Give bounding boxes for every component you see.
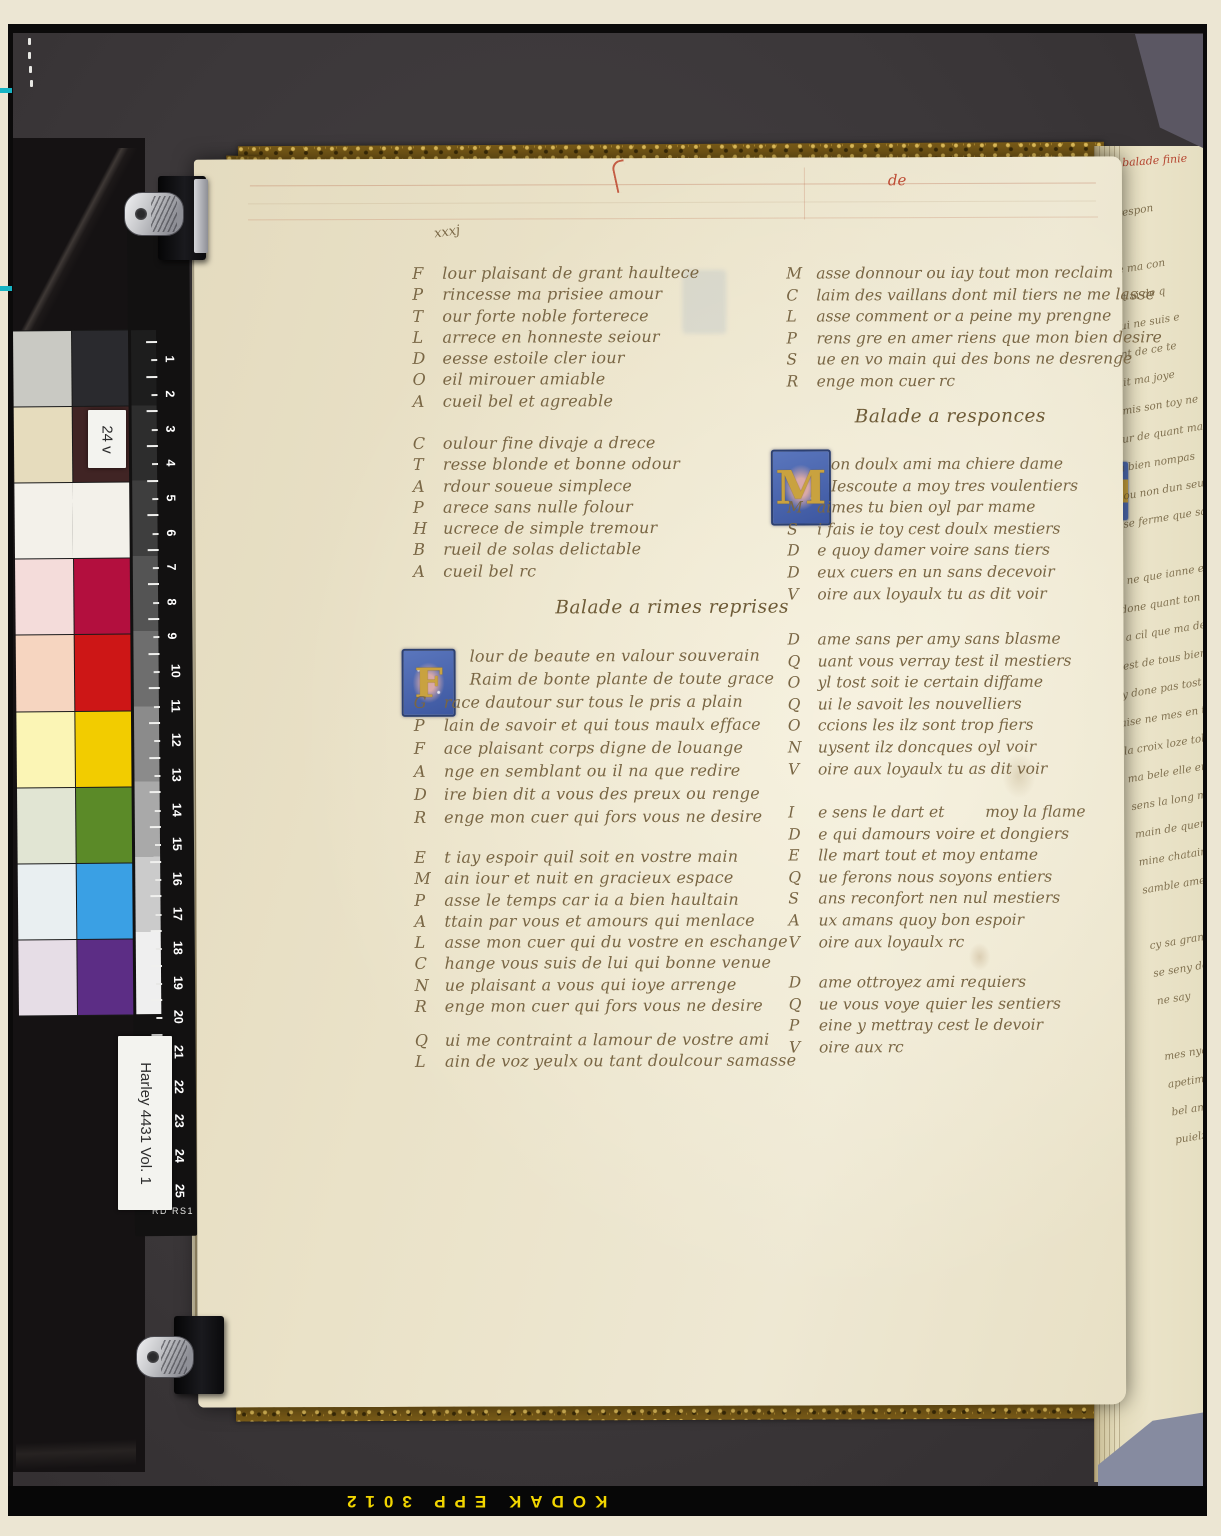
- verse-text: ain iour et nuit en gracieux espace: [444, 868, 733, 888]
- ruler-number-cell: 11: [161, 688, 191, 723]
- ruler-number: 2: [163, 390, 177, 397]
- verse-line: Occions les ilz sont trop fiers: [788, 715, 1072, 738]
- verse-line: Ie sens le dart et moy la flame: [788, 802, 1085, 825]
- verse-initial: A: [788, 910, 818, 932]
- verse-initial: D: [787, 541, 817, 563]
- verse-line: Tour forte noble forterece: [412, 304, 699, 326]
- verse-line: Que ferons nous soyons entiers: [788, 866, 1085, 889]
- verse-initial: L: [415, 932, 445, 953]
- verse-line: Iescoute a moy tres voulentiers: [831, 475, 1078, 497]
- photograph-stage: balade finie A dire vous responMon estim…: [0, 0, 1221, 1536]
- verse-line: Renge mon cuer qui fors vous ne desire: [414, 805, 775, 829]
- stanza: Masse donnour ou iay tout mon reclaimCla…: [786, 262, 1162, 393]
- verse-line: Voire aux rc: [789, 1036, 1061, 1059]
- verse-line: Brueil de solas delictable: [413, 538, 680, 560]
- verse-initial: C: [415, 953, 445, 974]
- ruler-number: 22: [172, 1080, 186, 1094]
- verse-initial: P: [414, 889, 444, 910]
- ruler-number: 3: [163, 425, 177, 432]
- verse-initial: V: [787, 584, 817, 606]
- color-checker-row: [17, 787, 135, 864]
- stanza-envoy: Qui me contraint a lamour de vostre amiL…: [415, 1029, 797, 1073]
- ruler-number-cell: 9: [160, 619, 190, 654]
- verse-line: Plain de savoir et qui tous maulx efface: [414, 713, 775, 737]
- verse-line: Qui me contraint a lamour de vostre ami: [415, 1029, 796, 1052]
- manuscript-page-24v: de xxxj Flour plaisant de grant haultece…: [194, 156, 1126, 1407]
- film-mark: [30, 80, 33, 87]
- verse-line: Ardour soueue simplece: [413, 475, 680, 497]
- verse-text: resse blonde et bonne odour: [443, 454, 680, 474]
- ruler-number: 10: [169, 664, 183, 678]
- page-clamp-bottom: [136, 1336, 194, 1378]
- verse-text: ain de voz yeulx ou tant doulcour samass…: [445, 1051, 796, 1071]
- verse-text: oulour fine divaje a drece: [443, 433, 656, 453]
- verse-initial: M: [786, 263, 816, 285]
- verse-initial: I: [788, 802, 818, 824]
- ruled-line: [248, 216, 1098, 220]
- ruler-number: 12: [169, 733, 183, 747]
- verse-initial: O: [788, 673, 818, 695]
- verse-text: oire aux loyaulx tu as dit voir: [818, 759, 1047, 778]
- verse-text: eil mirouer amiable: [443, 370, 606, 390]
- color-patch-vivid: [75, 635, 134, 711]
- verse-line: Passe le temps car ia a bien haultain: [414, 888, 787, 911]
- color-patch-vivid: [74, 559, 133, 635]
- verse-text: asse le temps car ia a bien haultain: [444, 889, 739, 909]
- page-clamp-top: [124, 192, 184, 236]
- color-patch-pale: [13, 331, 72, 407]
- film-mark: [29, 66, 32, 73]
- ruler-number-cell: 1: [158, 342, 188, 377]
- recto-red-rubric: balade finie: [1122, 152, 1188, 170]
- ruler-number: 15: [170, 837, 184, 851]
- verse-line: Ange en semblant ou il na que redire: [414, 759, 775, 783]
- verse-line: Dire bien dit a vous des preux ou renge: [414, 782, 775, 806]
- verse-line: Lasse mon cuer qui du vostre en eschange: [415, 931, 788, 954]
- verse-initial: S: [787, 519, 817, 541]
- ruler-number-cell: 18: [163, 931, 193, 966]
- verse-text: ame sans per amy sans blasme: [817, 630, 1060, 649]
- ruler-number-cell: 5: [159, 480, 189, 515]
- verse-text: e quoy damer voire sans tiers: [817, 541, 1050, 560]
- verse-text: e qui damours voire et dongiers: [818, 824, 1069, 843]
- verse-text: ux amans quoy bon espoir: [818, 911, 1024, 930]
- ruler-number-cell: 6: [159, 515, 189, 550]
- verse-line: Change vous suis de lui qui bonne venue: [415, 952, 788, 975]
- verse-text: lour plaisant de grant haultece: [442, 263, 699, 283]
- kodak-edge-text: KODAK EPP 3012: [338, 1491, 607, 1511]
- verse-initial: A: [414, 911, 444, 932]
- verse-text: ui me contraint a lamour de vostre ami: [445, 1030, 770, 1050]
- ruler-number: 11: [168, 699, 182, 712]
- ruler-number: 16: [170, 872, 184, 886]
- verse-initial: V: [788, 759, 818, 781]
- verse-line: Et iay espoir quil soit en vostre main: [414, 846, 787, 869]
- verse-initial: Q: [788, 651, 818, 673]
- verse-text: cueil bel et agreable: [443, 391, 613, 411]
- red-flourish-mark: [611, 159, 630, 193]
- verse-initial: O: [788, 716, 818, 738]
- book-cover-seam: [18, 148, 138, 348]
- verse-text: lle mart tout et moy entame: [818, 846, 1038, 865]
- ruler-number-cell: 13: [161, 757, 191, 792]
- verse-line: Flour plaisant de grant haultece: [412, 262, 699, 284]
- ruler-number: 13: [169, 768, 183, 782]
- ruler-number: 4: [163, 460, 177, 467]
- verse-initial: Q: [415, 1030, 445, 1051]
- verse-text: rueil de solas delictable: [443, 540, 641, 560]
- verse-line: lour de beaute en valour souverain: [470, 644, 775, 668]
- verse-text: hange vous suis de lui qui bonne venue: [445, 953, 772, 973]
- verse-text: oire aux loyaulx rc: [819, 933, 965, 952]
- verse-line: Claim des vaillans dont mil tiers ne me …: [786, 284, 1161, 307]
- color-patch-vivid: [72, 482, 132, 558]
- verse-text: enge mon cuer qui fors vous ne desire: [444, 807, 762, 827]
- verse-text: rens gre en amer riens que mon bien desi…: [816, 328, 1161, 347]
- ruler-number-cell: 14: [162, 792, 192, 827]
- color-patch-vivid: [77, 864, 136, 940]
- verse-line: Renge mon cuer rc: [787, 370, 1162, 393]
- verse-line: De qui damours voire et dongiers: [788, 823, 1085, 846]
- verse-text: arece sans nulle folour: [443, 497, 633, 517]
- color-patch-pale: [16, 635, 75, 711]
- ruler-number: 1: [163, 356, 177, 363]
- verse-text: our forte noble forterece: [442, 306, 648, 326]
- verse-line: Maimes tu bien oyl par mame: [787, 497, 1078, 520]
- verse-line: on doulx ami ma chiere dame: [831, 454, 1078, 476]
- verse-initial: R: [787, 371, 817, 393]
- verse-initial: D: [412, 348, 442, 369]
- verse-text: on doulx ami ma chiere dame: [831, 455, 1063, 474]
- ruler-number: 18: [171, 941, 185, 955]
- ruler-number-cell: 17: [162, 896, 192, 931]
- verse-text: eesse estoile cler iour: [442, 348, 624, 368]
- verse-line: Aux amans quoy bon espoir: [788, 909, 1085, 932]
- verse-line: Parece sans nulle folour: [413, 496, 680, 518]
- film-mark-cyan: [0, 88, 12, 93]
- film-mark-cyan: [0, 286, 12, 291]
- ruler-number-cell: 2: [158, 376, 188, 411]
- stanza: Coulour fine divaje a dreceTresse blonde…: [413, 432, 681, 582]
- color-patch-pale: [16, 712, 75, 788]
- page-clip-top-strip: [194, 179, 208, 253]
- verse-line: Nue plaisant a vous qui ioye arrenge: [415, 973, 788, 996]
- color-checker-row: [16, 711, 134, 788]
- verse-initial: D: [787, 562, 817, 584]
- color-patch-vivid: [72, 330, 131, 406]
- verse-line: Tresse blonde et bonne odour: [413, 453, 680, 475]
- verse-initial: P: [786, 328, 816, 350]
- ruler-number-cell: 10: [161, 654, 191, 689]
- ruler-number: 19: [171, 976, 185, 990]
- film-edge-strip: KODAK EPP 3012: [8, 1486, 1207, 1516]
- ruler-number: 9: [165, 633, 179, 640]
- verse-initial: N: [415, 975, 445, 996]
- verse-text: eux cuers en un sans decevoir: [817, 563, 1054, 582]
- verse-text: cueil bel rc: [443, 561, 536, 580]
- verse-initial: M: [414, 868, 444, 889]
- verse-text: ans reconfort nen nul mestiers: [818, 889, 1060, 908]
- color-patch-vivid: [75, 711, 134, 787]
- verse-text: ui le savoit les nouvelliers: [818, 695, 1022, 714]
- verse-line: De quoy damer voire sans tiers: [787, 540, 1078, 563]
- ruler-number-cell: 4: [159, 446, 189, 481]
- verse-initial: L: [786, 307, 816, 329]
- ruler-number: 8: [165, 598, 179, 605]
- ruler-number: 7: [164, 564, 178, 571]
- verse-line: Face plaisant corps digne de louange: [414, 736, 775, 760]
- shelfmark-label: Harley 4431 Vol. 1: [118, 1036, 172, 1210]
- verse-text: ue plaisant a vous qui ioye arrenge: [445, 975, 737, 995]
- ruler-number: 23: [172, 1114, 186, 1128]
- verse-line: Acueil bel et agreable: [413, 390, 700, 412]
- verse-text: arrece en honneste seiour: [442, 327, 659, 347]
- stanza: on doulx ami ma chiere dameIescoute a mo…: [787, 454, 1079, 606]
- verse-line: Grace dautour sur tous le pris a plain: [414, 690, 775, 714]
- verse-text: asse comment or a peine my prengne: [816, 307, 1111, 326]
- verse-initial: P: [413, 497, 443, 518]
- color-checker-row: [15, 558, 133, 635]
- ruled-line-vertical: [804, 167, 805, 219]
- verse-line: Main iour et nuit en gracieux espace: [414, 867, 787, 890]
- ruler-number: 21: [172, 1045, 186, 1059]
- verse-text: uant vous verray test il mestiers: [818, 651, 1072, 670]
- left-column-heading: Balade a rimes reprises: [555, 597, 789, 619]
- verse-text: ue en vo main qui des bons ne desrenge: [816, 350, 1132, 369]
- color-checker-row: [16, 634, 134, 711]
- film-mark: [28, 52, 31, 59]
- verse-initial: H: [413, 518, 443, 539]
- stanza: Et iay espoir quil soit en vostre mainMa…: [414, 846, 788, 1018]
- ruled-line: [248, 200, 1096, 204]
- ballad-number: xxxj: [433, 223, 461, 242]
- verse-line: Deesse estoile cler iour: [412, 347, 699, 369]
- verse-text: asse mon cuer qui du vostre en eschange: [445, 932, 788, 952]
- verse-line: Nuysent ilz doncques oyl voir: [788, 737, 1072, 760]
- verse-text: oire aux loyaulx tu as dit voir: [817, 584, 1046, 603]
- verse-initial: Q: [789, 994, 819, 1016]
- verse-text: Iescoute a moy tres voulentiers: [831, 476, 1078, 495]
- verse-line: Quant vous verray test il mestiers: [788, 650, 1072, 673]
- verse-text: ttain par vous et amours qui menlace: [444, 911, 754, 931]
- verse-line: Deux cuers en un sans decevoir: [787, 562, 1078, 585]
- color-patch-pale: [15, 559, 74, 635]
- color-patch-vivid: [76, 787, 135, 863]
- ruler-number: 25: [173, 1184, 187, 1198]
- verse-line: Que vous voye quier les sentiers: [789, 993, 1061, 1016]
- color-patch-pale: [18, 940, 77, 1016]
- verse-initial: D: [787, 629, 817, 651]
- color-patch-pale: [18, 864, 77, 940]
- color-patch-pale: [14, 407, 73, 483]
- verse-initial: C: [786, 285, 816, 307]
- verse-text: ace plaisant corps digne de louange: [444, 738, 743, 758]
- verse-text: lour de beaute en valour souverain: [470, 646, 760, 666]
- ruler-number: 6: [164, 529, 178, 536]
- ruler-number-cell: 12: [161, 723, 191, 758]
- verse-line: Si fais ie toy cest doulx mestiers: [787, 518, 1078, 541]
- verse-initial: C: [413, 433, 443, 454]
- verse-text: aimes tu bien oyl par mame: [817, 498, 1035, 517]
- verse-initial: F: [412, 263, 442, 284]
- verse-text: Raim de bonte plante de toute grace: [470, 669, 775, 689]
- ruler-number-cell: 8: [160, 584, 190, 619]
- verse-text: enge mon cuer rc: [817, 372, 955, 390]
- color-patch-pale: [17, 788, 76, 864]
- verse-line: Renge mon cuer qui fors vous ne desire: [415, 995, 788, 1018]
- verse-text: laim des vaillans dont mil tiers ne me l…: [816, 285, 1155, 304]
- verse-initial: S: [788, 889, 818, 911]
- verse-line: Acueil bel rc: [413, 560, 680, 582]
- verse-line: Voire aux loyaulx tu as dit voir: [788, 758, 1072, 781]
- ruler-number: 20: [171, 1010, 185, 1024]
- verse-line: Voire aux loyaulx tu as dit voir: [787, 583, 1078, 606]
- ruler-number-cell: 15: [162, 827, 192, 862]
- verse-initial: S: [786, 350, 816, 372]
- verse-initial: A: [414, 760, 444, 783]
- verse-initial: D: [414, 783, 444, 806]
- color-checker-row: [18, 863, 136, 940]
- verse-text: ucrece de simple tremour: [443, 518, 657, 538]
- verse-line: Coulour fine divaje a drece: [413, 432, 680, 454]
- verse-initial: O: [413, 369, 443, 390]
- folio-number-label: 24 v: [88, 410, 126, 468]
- verse-line: Sans reconfort nen nul mestiers: [788, 888, 1085, 911]
- verse-line: Princesse ma prisiee amour: [412, 283, 699, 305]
- verse-initial: P: [789, 1016, 819, 1038]
- verse-text: nge en semblant ou il na que redire: [444, 761, 741, 781]
- red-catchword: de: [888, 171, 907, 189]
- verse-text: eine y mettray cest le devoir: [819, 1016, 1043, 1035]
- verse-line: Prens gre en amer riens que mon bien des…: [786, 327, 1161, 350]
- verse-initial: F: [414, 737, 444, 760]
- verse-initial: E: [414, 847, 444, 868]
- verse-text: e sens le dart et moy la flame: [818, 803, 1085, 822]
- verse-line: Lain de voz yeulx ou tant doulcour samas…: [415, 1050, 796, 1073]
- verse-line: Peine y mettray cest le devoir: [789, 1015, 1061, 1038]
- ruler-number: 17: [170, 906, 184, 920]
- verse-text: ccions les ilz sont trop fiers: [818, 716, 1034, 735]
- verse-text: yl tost soit ie certain diffame: [818, 673, 1043, 692]
- stanza: Dame ottroyez ami requiersQue vous voye …: [789, 972, 1062, 1059]
- ruler-number-cell: 3: [159, 411, 189, 446]
- ruler-number: 5: [164, 494, 178, 501]
- verse-line: Sue en vo main qui des bons ne desrenge: [786, 349, 1161, 372]
- ruler-number: 24: [172, 1149, 186, 1163]
- verse-initial: P: [412, 284, 442, 305]
- color-patch-vivid: [77, 940, 136, 1016]
- verse-initial: V: [789, 932, 819, 954]
- verse-initial: B: [413, 539, 443, 560]
- verse-initial: V: [789, 1037, 819, 1059]
- verse-line: Hucrece de simple tremour: [413, 517, 680, 539]
- verse-initial: T: [413, 454, 443, 475]
- verse-initial: D: [788, 824, 818, 846]
- stanza: Flour plaisant de grant haultecePrincess…: [412, 262, 700, 412]
- color-checker-row: [14, 482, 132, 559]
- verse-initial: T: [412, 305, 442, 326]
- verse-line: Elle mart tout et moy entame: [788, 845, 1085, 868]
- verse-text: rdour soueue simplece: [443, 476, 632, 496]
- verse-initial: Q: [788, 694, 818, 716]
- verse-text: ire bien dit a vous des preux ou renge: [444, 784, 760, 804]
- verse-text: ame ottroyez ami requiers: [819, 973, 1026, 992]
- stanza: Ie sens le dart et moy la flameDe qui da…: [788, 802, 1086, 954]
- stanza: Dame sans per amy sans blasmeQuant vous …: [787, 629, 1071, 781]
- verse-text: ue ferons nous soyons entiers: [818, 867, 1052, 886]
- verse-initial: D: [789, 972, 819, 994]
- verse-line: Dame sans per amy sans blasme: [787, 629, 1071, 652]
- right-column-heading: Balade a responces: [855, 406, 1046, 428]
- verse-text: rincesse ma prisiee amour: [442, 284, 662, 304]
- ruler-number-cell: 20: [163, 1000, 193, 1035]
- verse-text: i fais ie toy cest doulx mestiers: [817, 519, 1060, 538]
- color-checker-row: [18, 939, 136, 1016]
- ruler-number-cell: 7: [160, 550, 190, 585]
- ruler-number-cell: 19: [163, 965, 193, 1000]
- film-mark: [28, 38, 31, 45]
- verse-line: Raim de bonte plante de toute grace: [470, 667, 775, 691]
- verse-initial: M: [787, 498, 817, 520]
- verse-initial: L: [415, 1051, 445, 1072]
- verse-initial: P: [414, 714, 444, 737]
- verse-line: Oeil mirouer amiable: [413, 368, 700, 390]
- verse-text: uysent ilz doncques oyl voir: [818, 738, 1036, 757]
- book-cover-sheen: [16, 1430, 136, 1470]
- verse-text: oire aux rc: [819, 1038, 904, 1056]
- verse-text: race dautour sur tous le pris a plain: [444, 692, 743, 712]
- verse-initial: G: [414, 691, 444, 714]
- color-checker-row: [13, 330, 131, 407]
- verse-line: Larrece en honneste seiour: [412, 326, 699, 348]
- verse-initial: N: [788, 737, 818, 759]
- verse-initial: A: [413, 391, 443, 412]
- verse-initial: L: [412, 327, 442, 348]
- verse-line: Masse donnour ou iay tout mon reclaim: [786, 262, 1161, 285]
- verse-text: ue vous voye quier les sentiers: [819, 994, 1061, 1013]
- color-patch-pale: [14, 483, 73, 559]
- ruler-number-cell: 16: [162, 861, 192, 896]
- verse-initial: E: [788, 846, 818, 868]
- verse-line: Dame ottroyez ami requiers: [789, 972, 1061, 995]
- verse-line: Attain par vous et amours qui menlace: [414, 909, 787, 932]
- ruled-line: [250, 182, 1096, 186]
- verse-line: Oyl tost soit ie certain diffame: [788, 672, 1072, 695]
- verse-text: asse donnour ou iay tout mon reclaim: [816, 263, 1113, 282]
- ruler-number: 14: [170, 803, 184, 817]
- verse-initial: R: [414, 806, 444, 829]
- stanza: lour de beaute en valour souverainRaim d…: [414, 644, 775, 829]
- verse-line: Lasse comment or a peine my prengne: [786, 305, 1161, 328]
- verse-text: enge mon cuer qui fors vous ne desire: [445, 996, 763, 1016]
- verse-initial: R: [415, 996, 445, 1017]
- verse-initial: A: [413, 561, 443, 582]
- verse-line: Qui le savoit les nouvelliers: [788, 693, 1072, 716]
- verse-line: Voire aux loyaulx rc: [789, 931, 1086, 954]
- verse-text: t iay espoir quil soit en vostre main: [444, 847, 738, 867]
- verse-initial: A: [413, 475, 443, 496]
- verse-text: lain de savoir et qui tous maulx efface: [444, 715, 761, 735]
- verse-initial: Q: [788, 867, 818, 889]
